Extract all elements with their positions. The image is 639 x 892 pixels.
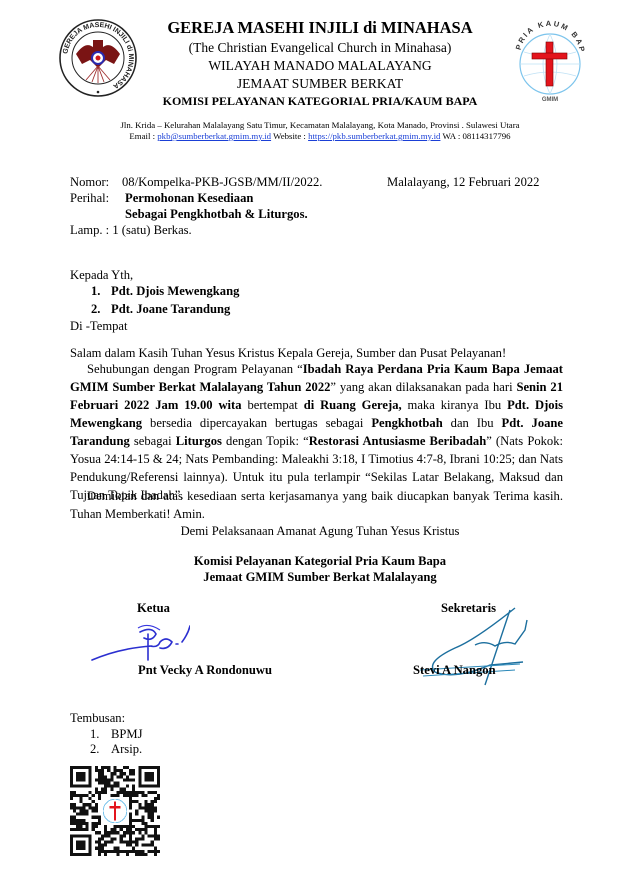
cc-item: BPMJ	[111, 726, 143, 742]
cc-num: 2.	[90, 741, 99, 757]
text-run: maka kiranya Ibu	[402, 398, 507, 412]
region-name: WILAYAH MANADO MALALAYANG	[150, 58, 490, 74]
text-run: bertempat	[242, 398, 304, 412]
perihal-label: Perihal:	[70, 190, 109, 206]
church-name-english: (The Christian Evangelical Church in Min…	[150, 40, 490, 56]
signature-ketua	[90, 620, 190, 665]
church-name: GEREJA MASEHI INJILI di MINAHASA	[150, 18, 490, 38]
closing-org-line-1: Komisi Pelayanan Kategorial Pria Kaum Ba…	[60, 553, 580, 569]
signer-name-sekretaris: Stevi A Nangon	[413, 662, 496, 678]
closing-org-line-2: Jemaat GMIM Sumber Berkat Malalayang	[60, 569, 580, 585]
congregation-name: JEMAAT SUMBER BERKAT	[150, 76, 490, 92]
role-liturgist: Liturgos	[176, 434, 222, 448]
address-line: Jln. Krida – Kelurahan Malalayang Satu T…	[60, 120, 580, 130]
whatsapp-number: WA : 08114317796	[440, 131, 510, 141]
gmim-seal-icon: GEREJA MASEHI INJILI di MINAHASA	[58, 18, 138, 98]
closing-motto: Demi Pelaksanaan Amanat Agung Tuhan Yesu…	[60, 523, 580, 539]
pkb-logo: PRIA KAUM BAPA GMIM	[510, 12, 590, 102]
cc-label: Tembusan:	[70, 710, 125, 726]
recipient-name: Pdt. Djois Mewengkang	[111, 283, 239, 299]
recipient-name: Pdt. Joane Tarandung	[111, 301, 230, 317]
recipient-num: 1.	[91, 283, 100, 299]
subject-line-1: Permohonan Kesediaan	[125, 190, 253, 206]
text-run: Sehubungan dengan Program Pelayanan “	[87, 362, 303, 376]
text-run: dan Ibu	[443, 416, 502, 430]
topic: Restorasi Antusiasme Beribadah	[309, 434, 487, 448]
recipient-place: Di -Tempat	[70, 318, 128, 334]
text-run: dengan Topik: “	[222, 434, 309, 448]
role-preacher: Pengkhotbah	[371, 416, 442, 430]
svg-text:GMIM: GMIM	[542, 97, 558, 102]
qr-code[interactable]	[70, 766, 160, 856]
nomor-label: Nomor:	[70, 174, 109, 190]
contact-line: Email : pkb@sumberberkat.gmim.my.id Webs…	[60, 131, 580, 141]
attachment-count: Lamp. : 1 (satu) Berkas.	[70, 222, 192, 238]
subject-line-2: Sebagai Pengkhotbah & Liturgos.	[125, 206, 308, 222]
pkb-cross-globe-icon: PRIA KAUM BAPA GMIM	[510, 12, 590, 102]
text-run: ” yang akan dilaksanakan pada hari	[330, 380, 516, 394]
signer-name-ketua: Pnt Vecky A Rondonuwu	[138, 662, 272, 678]
signer-role-ketua: Ketua	[137, 600, 170, 616]
commission-name: KOMISI PELAYANAN KATEGORIAL PRIA/KAUM BA…	[150, 94, 490, 109]
email-link[interactable]: pkb@sumberberkat.gmim.my.id	[157, 131, 271, 141]
event-location: di Ruang Gereja,	[304, 398, 402, 412]
gmim-seal-logo: GEREJA MASEHI INJILI di MINAHASA	[58, 18, 138, 98]
letter-number: 08/Kompelka-PKB-JGSB/MM/II/2022.	[122, 174, 322, 190]
qr-code-icon	[70, 766, 160, 856]
text-run: bersedia dipercayakan bertugas sebagai	[142, 416, 371, 430]
email-label: Email :	[129, 131, 157, 141]
cc-item: Arsip.	[111, 741, 142, 757]
salutation: Salam dalam Kasih Tuhan Yesus Kristus Ke…	[70, 345, 506, 361]
text-run: sebagai	[130, 434, 176, 448]
body-paragraph-2: Demikian dan atas kesediaan serta kerjas…	[70, 487, 563, 523]
website-link[interactable]: https://pkb.sumberberkat.gmim.my.id	[308, 131, 440, 141]
signature-scribble-icon	[90, 620, 190, 665]
recipient-num: 2.	[91, 301, 100, 317]
body-paragraph-1: Sehubungan dengan Program Pelayanan “Iba…	[70, 360, 563, 504]
website-label: Website :	[271, 131, 308, 141]
recipient-greeting: Kepada Yth,	[70, 267, 133, 283]
place-date: Malalayang, 12 Februari 2022	[387, 174, 539, 190]
cc-num: 1.	[90, 726, 99, 742]
